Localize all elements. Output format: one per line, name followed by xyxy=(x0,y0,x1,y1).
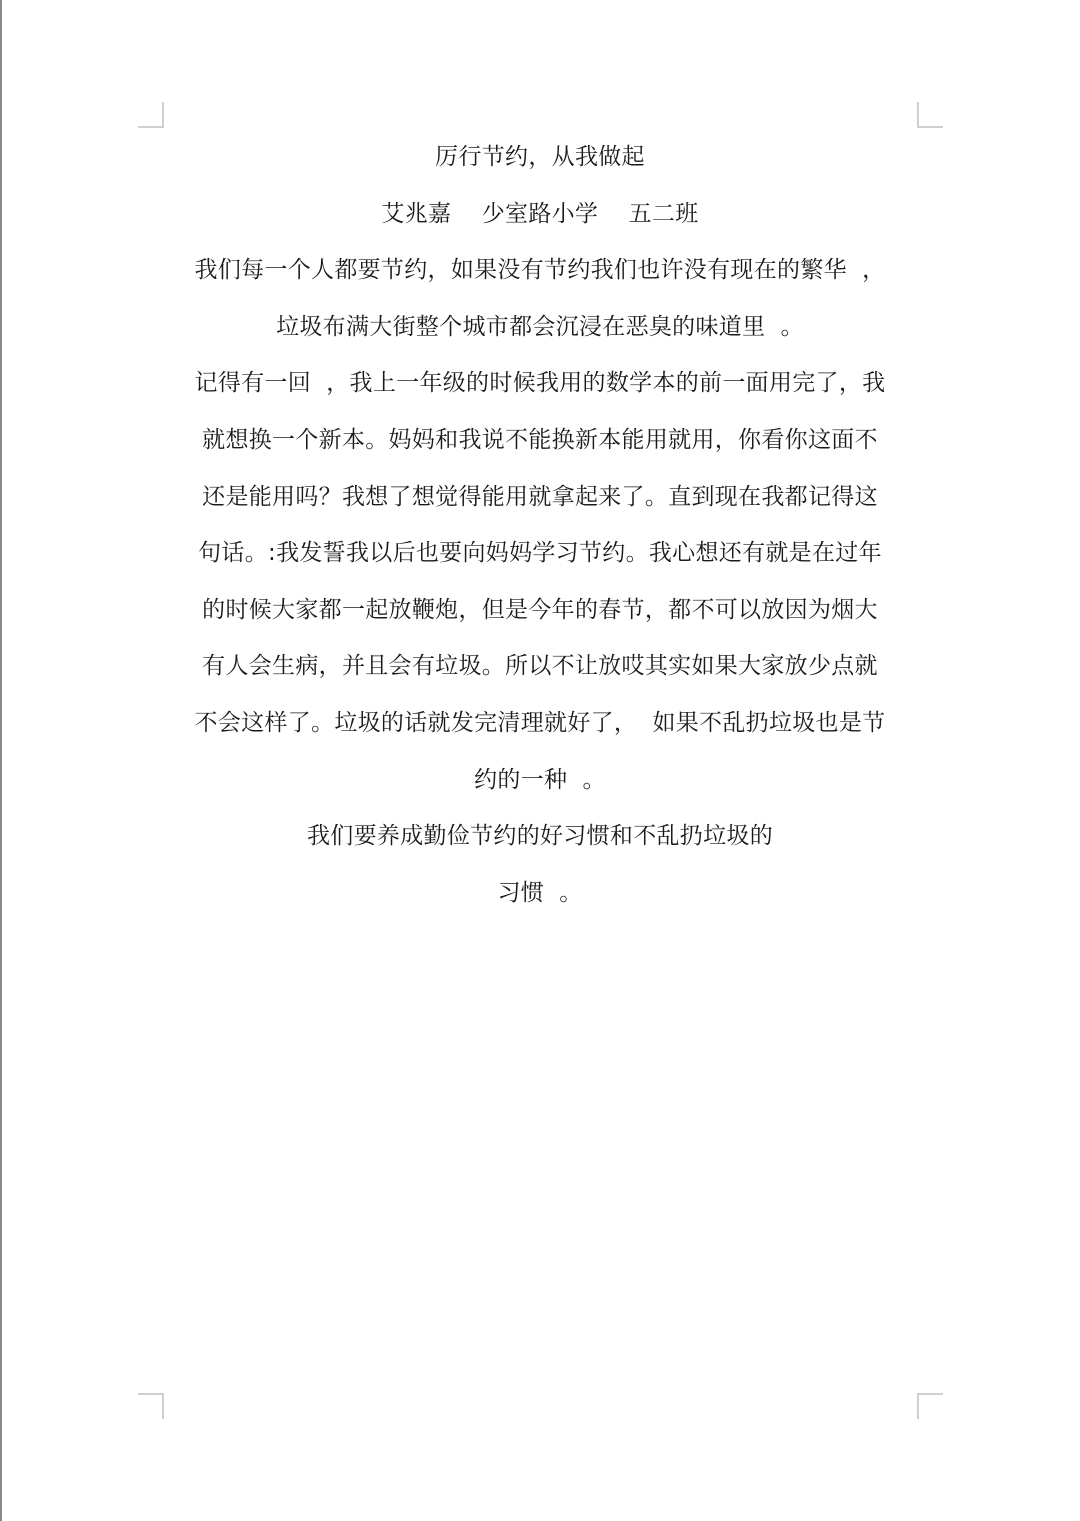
document-body: 厉行节约，从我做起 艾兆嘉 少室路小学 五二班 我们每一个人都要节约，如果没有节… xyxy=(140,138,940,930)
text-line: 有人会生病，并且会有垃圾。所以不让放哎其实如果大家放少点就 xyxy=(140,647,940,704)
page-left-edge xyxy=(0,0,2,1521)
margin-corner-mark-bottom-right xyxy=(917,1393,943,1419)
text-line: 的时候大家都一起放鞭炮，但是今年的春节，都不可以放因为烟大 xyxy=(140,591,940,648)
text-line: 就想换一个新本。妈妈和我说不能换新本能用就用，你看你这面不 xyxy=(140,421,940,478)
document-byline: 艾兆嘉 少室路小学 五二班 xyxy=(140,195,940,252)
document-page: 厉行节约，从我做起 艾兆嘉 少室路小学 五二班 我们每一个人都要节约，如果没有节… xyxy=(0,0,1080,1521)
text-line: 约的一种 。 xyxy=(140,761,940,818)
margin-corner-mark-top-right xyxy=(917,102,943,128)
document-title: 厉行节约，从我做起 xyxy=(140,138,940,195)
text-line: 记得有一回 ，我上一年级的时候我用的数学本的前一面用完了，我 xyxy=(140,364,940,421)
text-line: 不会这样了。垃圾的话就发完清理就好了， 如果不乱扔垃圾也是节 xyxy=(140,704,940,761)
margin-corner-mark-top-left xyxy=(138,102,164,128)
text-line: 还是能用吗？我想了想觉得能用就拿起来了。直到现在我都记得这 xyxy=(140,478,940,535)
margin-corner-mark-bottom-left xyxy=(138,1393,164,1419)
text-line: 垃圾布满大街整个城市都会沉浸在恶臭的味道里 。 xyxy=(140,308,940,365)
text-line: 句话。:我发誓我以后也要向妈妈学习节约。我心想还有就是在过年 xyxy=(140,534,940,591)
text-line: 习惯 。 xyxy=(140,874,940,931)
text-line: 我们要养成勤俭节约的好习惯和不乱扔垃圾的 xyxy=(140,817,940,874)
text-line: 我们每一个人都要节约，如果没有节约我们也许没有现在的繁华 ， xyxy=(140,251,940,308)
